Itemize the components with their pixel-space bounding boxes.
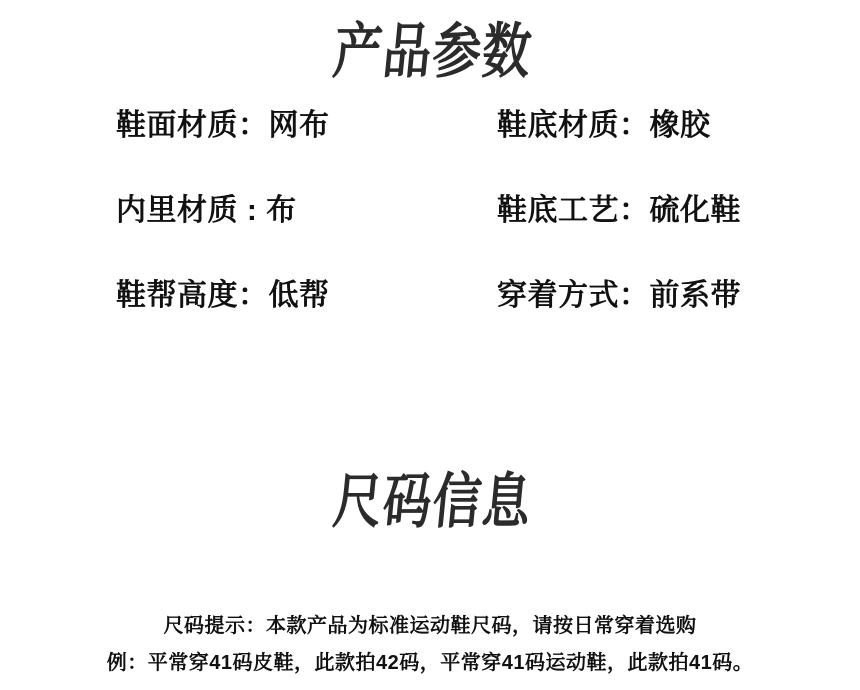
param-sole-craft: 鞋底工艺：硫化鞋 [497, 193, 741, 229]
size-info-title: 尺码信息 [331, 472, 535, 532]
product-params-title: 产品参数 [331, 22, 535, 82]
param-upper-material: 鞋面材质：网布 [116, 108, 330, 144]
param-shaft-height: 鞋帮高度：低帮 [116, 278, 330, 314]
product-detail-page: 产品参数 鞋面材质：网布 鞋底材质：橡胶 内里材质 : 布 鞋底工艺：硫化鞋 鞋… [0, 0, 860, 690]
param-lining-material: 内里材质 : 布 [116, 193, 297, 229]
size-info-title-row: 尺码信息 [0, 472, 860, 532]
size-tip-line-1: 尺码提示：本款产品为标准运动鞋尺码，请按日常穿着选购 [0, 609, 860, 638]
param-closure-type: 穿着方式：前系带 [497, 278, 741, 314]
product-params-title-row: 产品参数 [0, 22, 860, 82]
param-sole-material: 鞋底材质：橡胶 [497, 108, 711, 144]
size-tip-line-2: 例：平常穿41码皮鞋，此款拍42码，平常穿41码运动鞋，此款拍41码。 [0, 646, 860, 675]
